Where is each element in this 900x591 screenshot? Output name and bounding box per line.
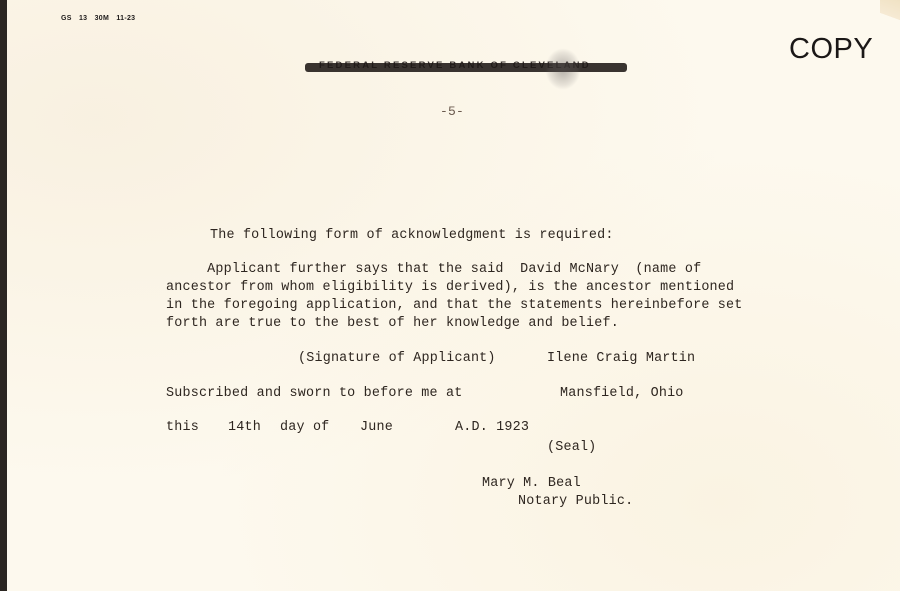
date-this: this (166, 420, 199, 435)
date-month: June (360, 420, 393, 435)
body-line: in the foregoing application, and that t… (166, 298, 743, 313)
sworn-place: Mansfield, Ohio (560, 386, 684, 401)
body-line: Applicant further says that the said Dav… (166, 262, 701, 277)
date-year: A.D. 1923 (455, 420, 529, 435)
form-code: GS 13 30M 11-23 (61, 15, 135, 22)
seal-label: (Seal) (547, 440, 596, 455)
ink-smudge (545, 48, 581, 90)
date-day: 14th (228, 420, 261, 435)
intro-line: The following form of acknowledgment is … (210, 228, 614, 243)
sworn-label: Subscribed and sworn to before me at (166, 386, 463, 401)
notary-title: Notary Public. (518, 494, 633, 509)
body-line: forth are true to the best of her knowle… (166, 316, 619, 331)
date-day-of: day of (280, 420, 329, 435)
body-line: ancestor from whom eligibility is derive… (166, 280, 734, 295)
document-page (7, 0, 900, 591)
page-corner-curl (880, 0, 900, 26)
page-number: -5- (440, 104, 464, 119)
signature-label: (Signature of Applicant) (298, 351, 496, 366)
copy-stamp: COPY (789, 33, 873, 66)
notary-name: Mary M. Beal (482, 476, 581, 491)
signature-name: Ilene Craig Martin (547, 351, 695, 366)
